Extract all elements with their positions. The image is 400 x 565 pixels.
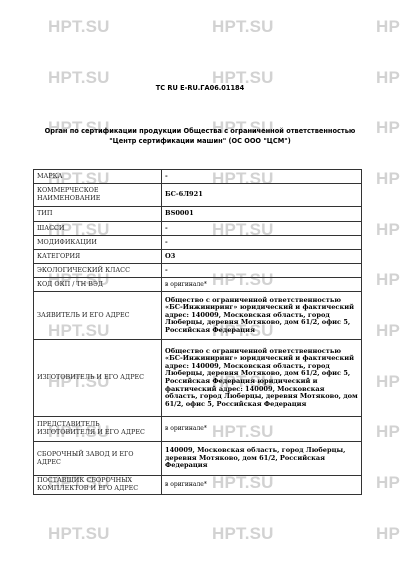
table-row-assembly-plant: СБОРОЧНЫЙ ЗАВОД И ЕГО АДРЕС 140009, Моск… — [34, 442, 362, 476]
watermark: HPT.SU — [376, 271, 400, 288]
table-row-applicant: ЗАЯВИТЕЛЬ И ЕГО АДРЕС Общество с огранич… — [34, 292, 362, 340]
row-label: ЭКОЛОГИЧЕСКИЙ КЛАСС — [34, 264, 162, 278]
row-label: ТИП — [34, 207, 162, 222]
watermark: HPT.SU — [376, 525, 400, 542]
watermark: HPT.SU — [376, 373, 400, 390]
row-value: O3 — [162, 250, 362, 264]
row-label: ИЗГОТОВИТЕЛЬ И ЕГО АДРЕС — [34, 340, 162, 417]
certificate-number: TC RU E-RU.ГА06.01184 — [0, 84, 400, 92]
row-value: - — [162, 170, 362, 184]
row-label: КАТЕГОРИЯ — [34, 250, 162, 264]
row-label: ПРЕДСТАВИТЕЛЬ ИЗГОТОВИТЕЛЯ И ЕГО АДРЕС — [34, 417, 162, 442]
watermark: HPT.SU — [212, 525, 274, 542]
watermark: HPT.SU — [48, 18, 110, 35]
table-row-brand: МАРКА - — [34, 170, 362, 184]
table-row-commercial-name: КОММЕРЧЕСКОЕ НАИМЕНОВАНИЕ БС-6Л921 — [34, 184, 362, 207]
row-value: BS0001 — [162, 207, 362, 222]
watermark: HPT.SU — [376, 474, 400, 491]
row-value: - — [162, 222, 362, 236]
row-value: Общество с ограниченной ответственностью… — [162, 340, 362, 417]
row-value: в оригинале* — [162, 417, 362, 442]
row-label: ШАССИ — [34, 222, 162, 236]
row-label: МОДИФИКАЦИИ — [34, 236, 162, 250]
row-label: КОММЕРЧЕСКОЕ НАИМЕНОВАНИЕ — [34, 184, 162, 207]
watermark: HPT.SU — [376, 18, 400, 35]
row-label: МАРКА — [34, 170, 162, 184]
table-row-modifications: МОДИФИКАЦИИ - — [34, 236, 362, 250]
row-value: - — [162, 264, 362, 278]
watermark: HPT.SU — [376, 119, 400, 136]
row-label: ПОСТАВЩИК СБОРОЧНЫХ КОМПЛЕКТОВ И ЕГО АДР… — [34, 476, 162, 495]
table-row-type: ТИП BS0001 — [34, 207, 362, 222]
table-row-category: КАТЕГОРИЯ O3 — [34, 250, 362, 264]
row-value: в оригинале* — [162, 476, 362, 495]
watermark: HPT.SU — [212, 18, 274, 35]
watermark: HPT.SU — [376, 221, 400, 238]
row-label: КОД ОКП / ТН ВЭД — [34, 278, 162, 292]
table-row-kit-supplier: ПОСТАВЩИК СБОРОЧНЫХ КОМПЛЕКТОВ И ЕГО АДР… — [34, 476, 362, 495]
row-value: - — [162, 236, 362, 250]
table-row-chassis: ШАССИ - — [34, 222, 362, 236]
certification-body: Орган по сертификации продукции Общества… — [30, 126, 370, 146]
row-value: Общество с ограниченной ответственностью… — [162, 292, 362, 340]
watermark: HPT.SU — [376, 423, 400, 440]
vehicle-spec-table: МАРКА - КОММЕРЧЕСКОЕ НАИМЕНОВАНИЕ БС-6Л9… — [33, 169, 362, 495]
table-row-manufacturer: ИЗГОТОВИТЕЛЬ И ЕГО АДРЕС Общество с огра… — [34, 340, 362, 417]
row-value: в оригинале* — [162, 278, 362, 292]
watermark: HPT.SU — [376, 322, 400, 339]
watermark: HPT.SU — [376, 170, 400, 187]
row-value: БС-6Л921 — [162, 184, 362, 207]
row-label: ЗАЯВИТЕЛЬ И ЕГО АДРЕС — [34, 292, 162, 340]
watermark: HPT.SU — [48, 525, 110, 542]
table-row-okp-code: КОД ОКП / ТН ВЭД в оригинале* — [34, 278, 362, 292]
table-row-eco-class: ЭКОЛОГИЧЕСКИЙ КЛАСС - — [34, 264, 362, 278]
table-row-manufacturer-representative: ПРЕДСТАВИТЕЛЬ ИЗГОТОВИТЕЛЯ И ЕГО АДРЕС в… — [34, 417, 362, 442]
row-value: 140009, Московская область, город Люберц… — [162, 442, 362, 476]
row-label: СБОРОЧНЫЙ ЗАВОД И ЕГО АДРЕС — [34, 442, 162, 476]
